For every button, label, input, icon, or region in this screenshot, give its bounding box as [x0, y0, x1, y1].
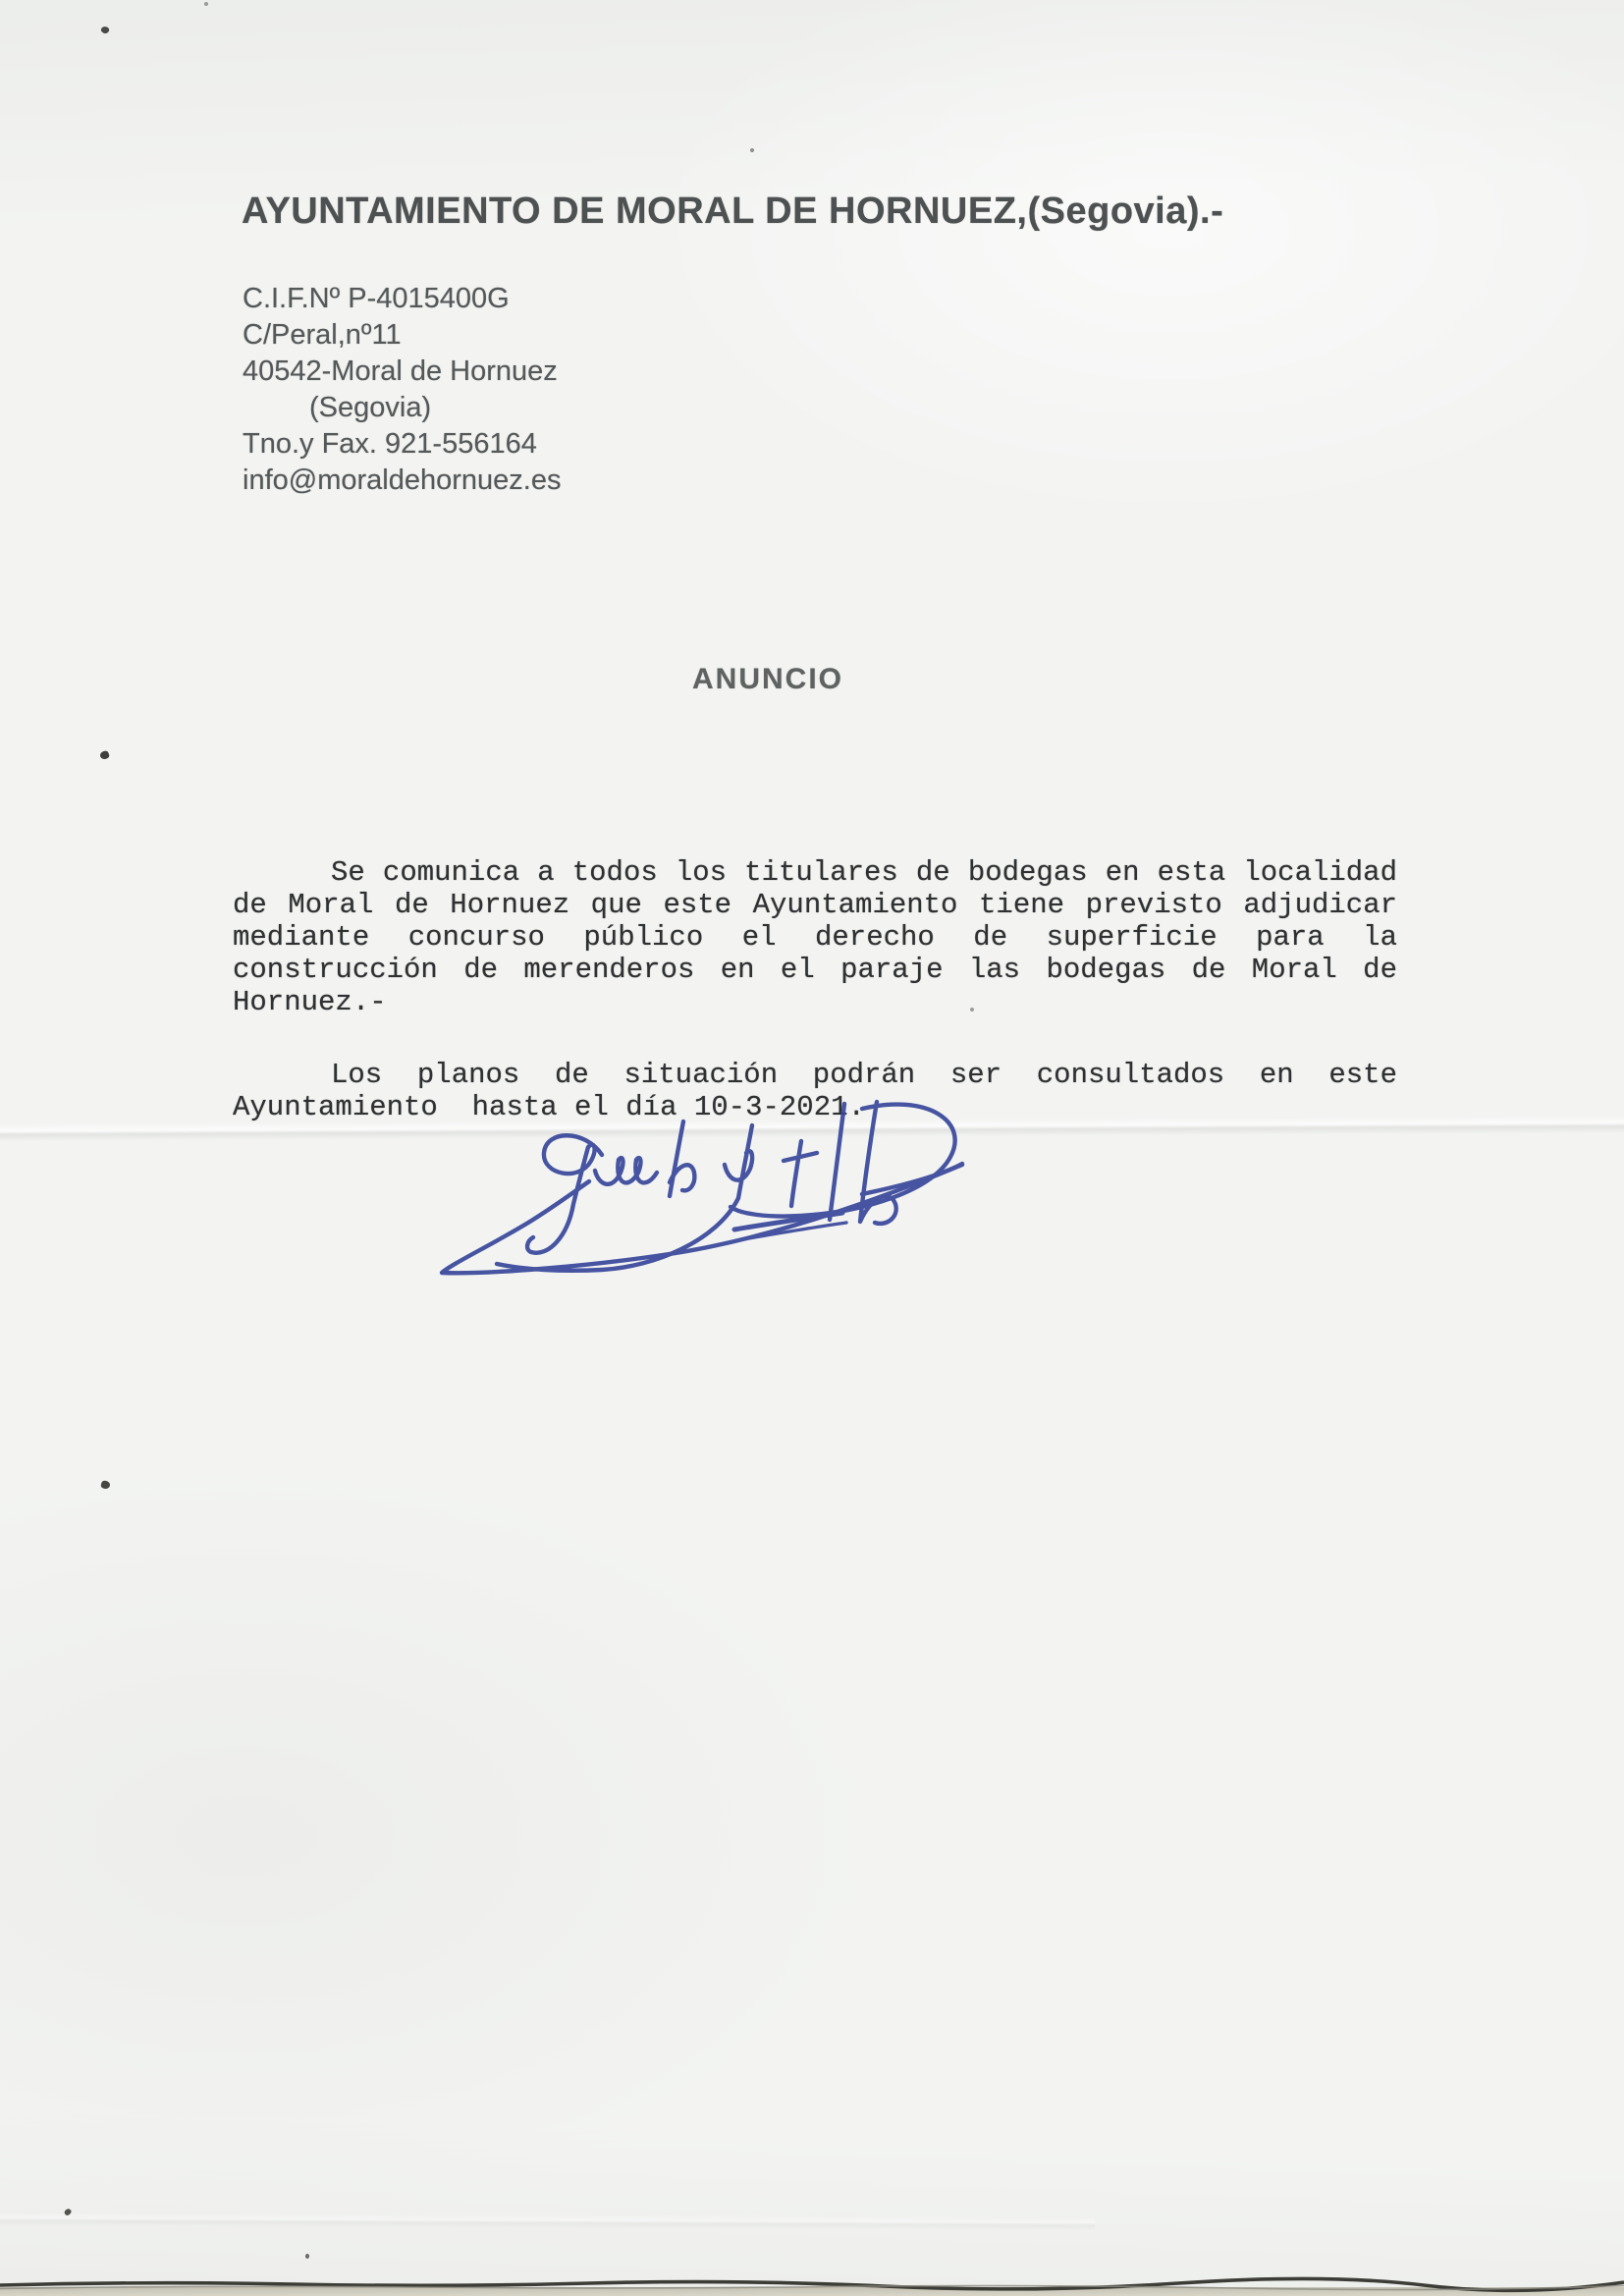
paragraph-line: Se comunica a todos los titulares de bod… [233, 856, 1397, 889]
scan-bottom-edge [0, 2274, 1624, 2294]
paragraph-line: Hornuez.- [233, 986, 1397, 1018]
scan-speck [970, 1008, 974, 1011]
paragraph-line: mediante concurso público el derecho de … [233, 921, 1397, 954]
handwritten-signature [401, 1096, 990, 1292]
scan-speck [99, 750, 110, 761]
scan-speck [750, 148, 754, 152]
sender-cif: C.I.F.Nº P-4015400G [243, 281, 561, 317]
sender-street: C/Peral,nº11 [243, 317, 561, 354]
page-title: AYUNTAMIENTO DE MORAL DE HORNUEZ,(Segovi… [242, 191, 1223, 233]
sender-info-block: C.I.F.Nº P-4015400G C/Peral,nº11 40542-M… [243, 281, 561, 499]
sender-phone-fax: Tno.y Fax. 921-556164 [243, 426, 561, 463]
paragraph-1: Se comunica a todos los titulares de bod… [233, 856, 1397, 1018]
scan-speck [204, 2, 208, 6]
document-page: AYUNTAMIENTO DE MORAL DE HORNUEZ,(Segovi… [0, 0, 1624, 2296]
section-heading: ANUNCIO [233, 663, 1303, 696]
sender-province: (Segovia) [243, 390, 561, 426]
paragraph-line: construcción de merenderos en el paraje … [233, 954, 1397, 986]
paper-crease [0, 2213, 1095, 2231]
sender-email: info@moraldehornuez.es [243, 463, 561, 499]
paragraph-line: de Moral de Hornuez que este Ayuntamient… [233, 889, 1397, 921]
sender-postal-city: 40542-Moral de Hornuez [243, 354, 561, 390]
scan-speck [305, 2254, 309, 2259]
scan-speck [100, 1480, 111, 1490]
paragraph-line: Los planos de situación podrán ser consu… [233, 1059, 1397, 1091]
scan-speck [100, 26, 110, 35]
